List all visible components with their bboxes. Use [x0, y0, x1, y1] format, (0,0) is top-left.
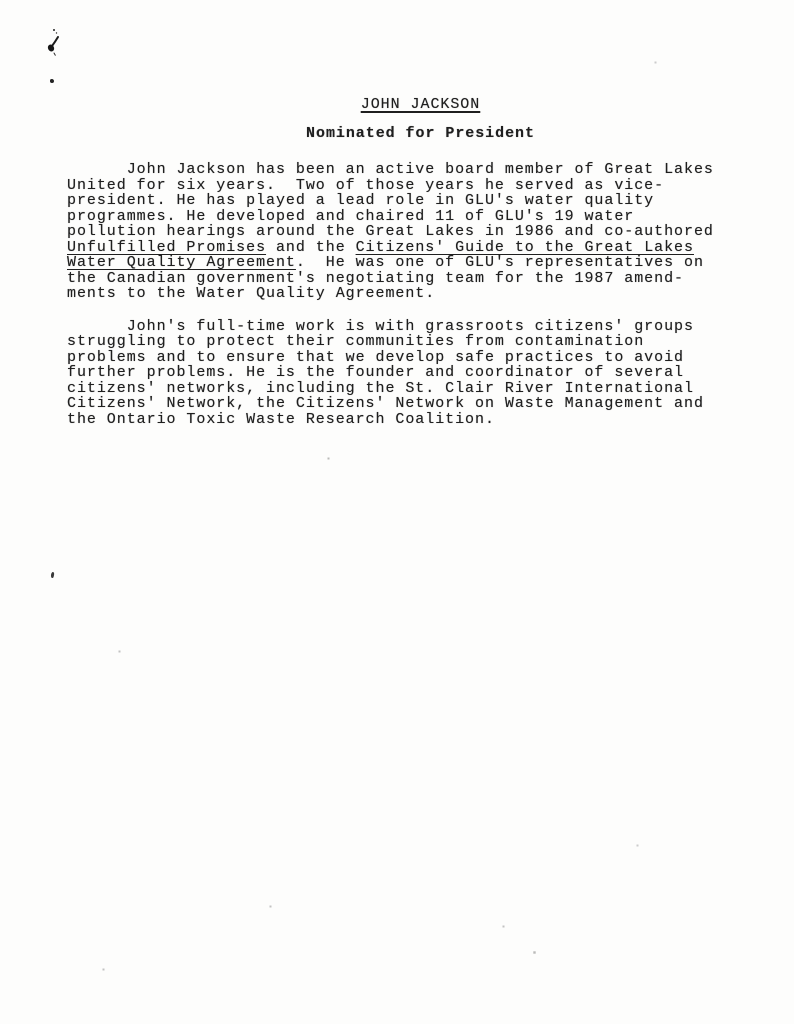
- text-segment: Citizens' Network, the Citizens' Network…: [67, 395, 704, 412]
- paragraph: John's full-time work is with grassroots…: [67, 319, 718, 428]
- document-subtitle: Nominated for President: [67, 126, 718, 142]
- document-line: programmes. He developed and chaired 11 …: [67, 209, 718, 225]
- document-line: pollution hearings around the Great Lake…: [67, 224, 718, 240]
- document-line: John Jackson has been an active board me…: [67, 162, 718, 178]
- text-segment: citizens' networks, including the St. Cl…: [67, 380, 694, 397]
- document-body: John Jackson has been an active board me…: [67, 162, 718, 427]
- text-segment: problems and to ensure that we develop s…: [67, 349, 684, 366]
- text-segment: United for six years. Two of those years…: [67, 177, 664, 194]
- document-line: ments to the Water Quality Agreement.: [67, 286, 718, 302]
- document-line: John's full-time work is with grassroots…: [67, 319, 718, 335]
- text-segment: struggling to protect their communities …: [67, 333, 644, 350]
- text-segment: . He was one of GLU's representatives on: [296, 254, 704, 271]
- text-segment: and the: [266, 239, 356, 256]
- document-line: United for six years. Two of those years…: [67, 178, 718, 194]
- text-segment: further problems. He is the founder and …: [67, 364, 684, 381]
- ink-mark-icon: [44, 27, 64, 61]
- page: JOHN JACKSON Nominated for President Joh…: [0, 0, 794, 1024]
- document-line: citizens' networks, including the St. Cl…: [67, 381, 718, 397]
- paragraph: John Jackson has been an active board me…: [67, 162, 718, 302]
- document-line: president. He has played a lead role in …: [67, 193, 718, 209]
- text-segment: the Ontario Toxic Waste Research Coaliti…: [67, 411, 495, 428]
- document-line: the Ontario Toxic Waste Research Coaliti…: [67, 412, 718, 428]
- document-line: the Canadian government's negotiating te…: [67, 271, 718, 287]
- underlined-text: Water Quality Agreement: [67, 254, 296, 271]
- text-segment: John Jackson has been an active board me…: [67, 161, 714, 178]
- underlined-text: Citizens' Guide to the Great Lakes: [356, 239, 694, 256]
- document-line: Citizens' Network, the Citizens' Network…: [67, 396, 718, 412]
- text-segment: pollution hearings around the Great Lake…: [67, 223, 714, 240]
- scanner-dust: [0, 0, 1, 1]
- document-title: JOHN JACKSON: [67, 97, 718, 113]
- document-line: struggling to protect their communities …: [67, 334, 718, 350]
- text-segment: the Canadian government's negotiating te…: [67, 270, 684, 287]
- margin-speck-icon: [50, 572, 54, 578]
- document-line: further problems. He is the founder and …: [67, 365, 718, 381]
- underlined-text: Unfulfilled Promises: [67, 239, 266, 256]
- document-line: Water Quality Agreement. He was one of G…: [67, 255, 718, 271]
- text-segment: ments to the Water Quality Agreement.: [67, 285, 435, 302]
- text-segment: John's full-time work is with grassroots…: [67, 318, 694, 335]
- document: JOHN JACKSON Nominated for President Joh…: [67, 97, 718, 427]
- document-line: Unfulfilled Promises and the Citizens' G…: [67, 240, 718, 256]
- text-segment: president. He has played a lead role in …: [67, 192, 654, 209]
- ink-speck-icon: [50, 79, 54, 83]
- text-segment: programmes. He developed and chaired 11 …: [67, 208, 634, 225]
- document-line: problems and to ensure that we develop s…: [67, 350, 718, 366]
